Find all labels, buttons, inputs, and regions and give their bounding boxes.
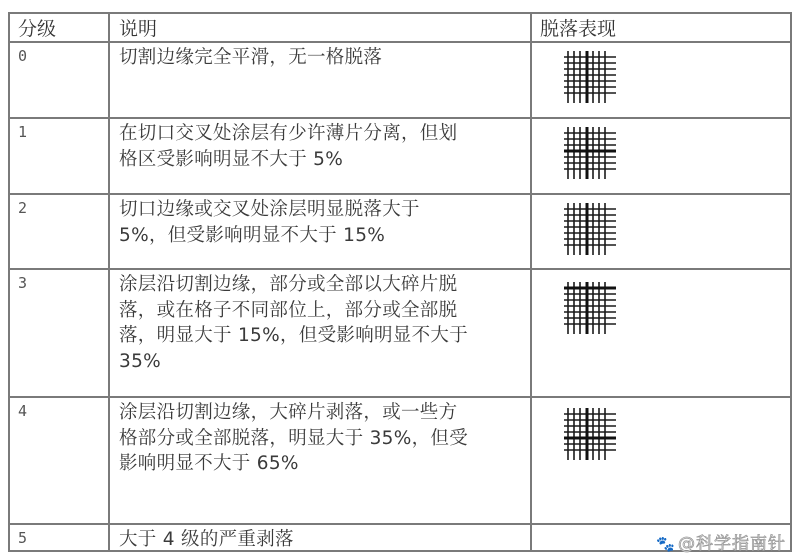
grade-cell: 0	[10, 43, 110, 117]
description-cell: 切口边缘或交叉处涂层明显脱落大于 5%，但受影响明显不大于 15%	[110, 195, 532, 268]
appearance-cell	[532, 270, 790, 396]
appearance-cell	[532, 195, 790, 268]
appearance-cell	[532, 398, 790, 523]
grade-cell: 1	[10, 119, 110, 193]
watermark-text: @科学指南针	[678, 534, 786, 554]
table-row: 3 涂层沿切割边缘，部分或全部以大碎片脱 落，或在格子不同部位上，部分或全部脱 …	[10, 270, 790, 398]
table-row: 4 涂层沿切割边缘，大碎片剥落，或一些方 格部分或全部脱落，明显大于 35%，但…	[10, 398, 790, 525]
table-row: 1 在切口交叉处涂层有少许薄片分离，但划 格区受影响明显不大于 5%	[10, 119, 790, 195]
description-cell: 切割边缘完全平滑，无一格脱落	[110, 43, 532, 117]
grade-cell: 4	[10, 398, 110, 523]
description-cell: 在切口交叉处涂层有少许薄片分离，但划 格区受影响明显不大于 5%	[110, 119, 532, 193]
grade-cell: 3	[10, 270, 110, 396]
crosscut-grid-icon	[564, 203, 616, 255]
baidu-paw-icon: 🐾	[656, 535, 676, 553]
header-description: 说明	[110, 14, 532, 41]
description-cell: 大于 4 级的严重剥落	[110, 525, 532, 552]
description-cell: 涂层沿切割边缘，大碎片剥落，或一些方 格部分或全部脱落，明显大于 35%，但受 …	[110, 398, 532, 523]
table-header-row: 分级 说明 脱落表现	[10, 14, 790, 43]
crosscut-grid-icon	[564, 127, 616, 179]
table-row: 2 切口边缘或交叉处涂层明显脱落大于 5%，但受影响明显不大于 15%	[10, 195, 790, 270]
crosscut-grid-icon	[564, 282, 616, 334]
header-grade: 分级	[10, 14, 110, 41]
watermark: 🐾@科学指南针	[656, 529, 786, 554]
appearance-cell	[532, 43, 790, 117]
crosscut-grid-icon	[564, 408, 616, 460]
table-row: 0 切割边缘完全平滑，无一格脱落	[10, 43, 790, 119]
grade-cell: 2	[10, 195, 110, 268]
crosscut-grid-icon	[564, 51, 616, 103]
appearance-cell	[532, 119, 790, 193]
description-cell: 涂层沿切割边缘，部分或全部以大碎片脱 落，或在格子不同部位上，部分或全部脱 落，…	[110, 270, 532, 396]
adhesion-grade-table: 分级 说明 脱落表现 0 切割边缘完全平滑，无一格脱落 1 在切口交叉处涂层有少…	[8, 12, 792, 552]
grade-cell: 5	[10, 525, 110, 552]
header-appearance: 脱落表现	[532, 14, 790, 41]
